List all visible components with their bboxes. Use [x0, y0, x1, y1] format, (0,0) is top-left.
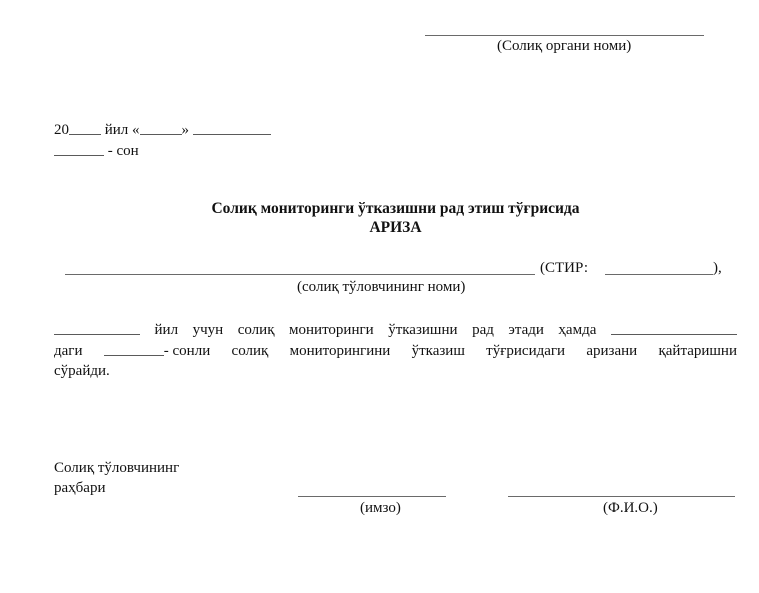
- body-line-2: даги - сонли солиқ мониторингини ўтказиш…: [54, 340, 737, 361]
- body-word: рад: [472, 320, 494, 340]
- body-word: аризани: [586, 341, 637, 361]
- document-heading-ariza: АРИЗА: [0, 219, 759, 237]
- body-word: йил: [155, 320, 179, 340]
- document-number-field[interactable]: [54, 141, 104, 156]
- body-word: этади: [508, 320, 544, 340]
- body-line-1: йил учун солиқ мониторинги ўтказишни рад…: [54, 319, 737, 340]
- stir-open: (СТИР:: [540, 260, 588, 277]
- document-title: Солиқ мониторинги ўтказишни рад этиш тўғ…: [0, 200, 759, 218]
- body-word: мониторингини: [290, 341, 391, 361]
- body-word: ҳамда: [558, 320, 596, 340]
- date-line: 20 йил «»: [54, 119, 271, 139]
- year-blank-field[interactable]: [54, 320, 140, 335]
- signatory-role-line-2: раҳбари: [54, 480, 105, 497]
- stir-field[interactable]: [605, 274, 713, 275]
- number-suffix: - сон: [108, 143, 139, 159]
- application-body: йил учун солиқ мониторинги ўтказишни рад…: [54, 319, 737, 381]
- authority-name-caption: (Солиқ органи номи): [497, 38, 631, 55]
- quote-close: »: [182, 122, 190, 138]
- body-word: - сонли: [164, 343, 210, 359]
- body-line-3: сўрайди.: [54, 361, 737, 381]
- number-line: - сон: [54, 140, 139, 160]
- body-word: солиқ: [232, 341, 269, 361]
- year-field[interactable]: [69, 120, 101, 135]
- body-word: тўғрисидаги: [486, 341, 565, 361]
- taxpayer-name-caption: (солиқ тўловчининг номи): [297, 279, 465, 296]
- authority-name-field[interactable]: [425, 35, 704, 36]
- taxpayer-name-field[interactable]: [65, 274, 535, 275]
- day-field[interactable]: [140, 120, 182, 135]
- number-group: - сонли: [104, 340, 210, 361]
- body-word: ўтказишни: [388, 320, 457, 340]
- year-word: йил: [105, 122, 129, 138]
- stir-close: ),: [713, 260, 722, 277]
- body-word: ўтказиш: [412, 341, 465, 361]
- body-word: учун: [193, 320, 224, 340]
- signatory-role-line-1: Солиқ тўловчининг: [54, 460, 179, 477]
- application-number-field[interactable]: [104, 341, 164, 356]
- body-word: даги: [54, 341, 82, 361]
- date-blank-field[interactable]: [611, 320, 737, 335]
- signature-caption: (имзо): [360, 500, 401, 517]
- month-field[interactable]: [193, 120, 271, 135]
- full-name-field[interactable]: [508, 496, 735, 497]
- signature-field[interactable]: [298, 496, 446, 497]
- full-name-caption: (Ф.И.О.): [603, 500, 658, 517]
- body-word: солиқ: [238, 320, 275, 340]
- year-prefix: 20: [54, 122, 69, 138]
- body-word: қайтаришни: [658, 341, 737, 361]
- quote-open: «: [132, 122, 140, 138]
- body-word: мониторинги: [289, 320, 374, 340]
